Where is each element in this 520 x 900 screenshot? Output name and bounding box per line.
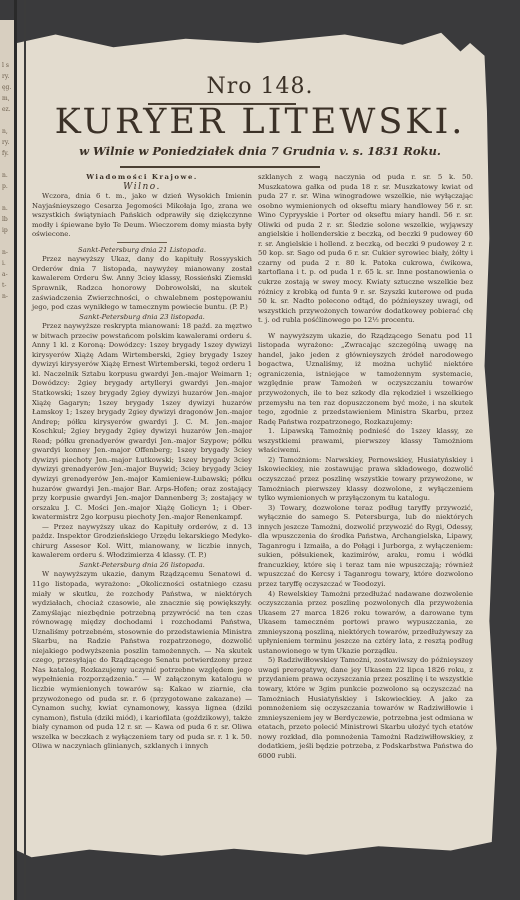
place-heading: Wilno. <box>32 183 252 193</box>
article-paragraph: 1. Lipawską Tamożnię podnieść do 1szey k… <box>258 427 473 456</box>
article-paragraph: — Przez naywyższy ukaz do Kapituły order… <box>32 523 252 561</box>
article-paragraph: Przez naywyższe reskrypta mianowani: 18 … <box>32 322 252 522</box>
title-rule <box>120 166 320 168</box>
dateline: Sankt-Petersburg dnia 26 listopada. <box>32 561 252 571</box>
article-paragraph: W naywyższym ukazie, danym Rządzącemu Se… <box>32 570 252 751</box>
article-paragraph: 5) Radziwiłłowskiey Tamożni, zostawiwszy… <box>258 656 473 761</box>
issue-number: Nro 148. <box>0 74 520 99</box>
publication-date-line: w Wilnie w Poniedziałek dnia 7 Grudnia v… <box>0 144 520 158</box>
article-paragraph: Wczora, dnia 6 t. m., jako w dzień Wysok… <box>32 192 252 240</box>
article-paragraph: 4) Rewelskiey Tamożni przedłużać nadawan… <box>258 590 473 657</box>
section-rule <box>117 242 167 243</box>
article-paragraph: 3) Towary, dozwolone teraz podług taryff… <box>258 504 473 590</box>
article-paragraph: szklanych z wagą naczynia od puda r. sr.… <box>258 173 473 326</box>
section-rule <box>341 328 391 329</box>
article-paragraph: W naywyższym ukazie, do Rządzącego Senat… <box>258 332 473 427</box>
newspaper-title: KURYER LITEWSKI. <box>0 102 520 142</box>
left-column: Wiadomości Krajowe.Wilno.Wczora, dnia 6 … <box>32 173 252 752</box>
dateline: Sankt-Petersburg dnia 23 listopada. <box>32 313 252 323</box>
article-paragraph: 2) Tamożniom: Narwskiey, Pernowskiey, Hu… <box>258 456 473 504</box>
dateline: Sankt-Petersburg dnia 21 Listopada. <box>32 246 252 256</box>
right-column: szklanych z wagą naczynia od puda r. sr.… <box>258 173 473 761</box>
article-paragraph: Przez naywyższy Ukaz, dany do kapituły R… <box>32 255 252 312</box>
